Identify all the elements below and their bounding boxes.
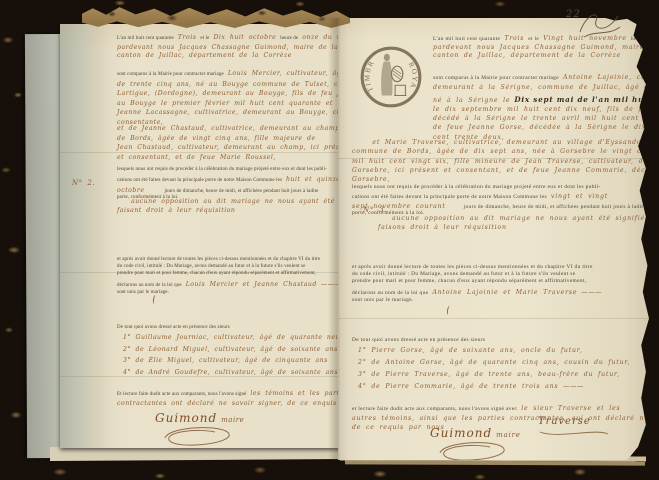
printed-segment: Et lecture faite dudit acte aux comparan…: [117, 392, 246, 397]
printed-segment: sont comparus à la Mairie pour contracte…: [433, 75, 559, 81]
text-line: cations ont été faites devant la princip…: [117, 174, 342, 185]
witness-item: 3° de Élie Miguel, cultivateur, âgé de c…: [123, 355, 342, 367]
witnesses-paragraph: De tout quoi avons dressé acte en présen…: [352, 336, 649, 393]
text-line: au Bouyge le premier février mil huit ce…: [117, 99, 342, 109]
witness-item: 3° de Pierre Traverse, âgé de trente ans…: [358, 369, 649, 381]
text-line: de Bords, âgée de vingt cinq ans, fille …: [117, 134, 342, 144]
comparution-intro: sont comparus à la Mairie pour contracte…: [117, 66, 342, 80]
corrected-line: né à la Sérigne le Dix sept mai de l'an …: [433, 93, 649, 105]
witnesses-paragraph: De tout quoi avons dressé acte en présen…: [117, 324, 342, 378]
witness-item: 4° de Pierre Commarie, âgé de trente tro…: [358, 381, 649, 393]
royal-stamp: TIMBRE ROYAL: [356, 42, 426, 112]
text-line: du code civil, intitulé : Du Mariage, av…: [117, 263, 342, 270]
text-line: lesquels nous ont requis de procéder à l…: [117, 167, 342, 174]
text-line: faisant droit à leur réquisition: [117, 206, 342, 215]
printed-segment: cations ont été faites devant la princip…: [117, 178, 282, 183]
text-line: aucune opposition au dit mariage ne nous…: [392, 214, 648, 223]
closing-paragraph: Et lecture faite dudit acte aux comparan…: [117, 386, 342, 408]
no-opposition-note: aucune opposition au dit mariage ne nous…: [378, 214, 648, 232]
opening-formula: L'an mil huit cent quarante Trois et le …: [117, 31, 342, 61]
text-line: de feue Jeanne Gorse, décédée à la Sérig…: [433, 123, 649, 132]
text-line: et consentant, et de feue Marie Roussel,: [117, 153, 342, 163]
handwritten-segment: ———: [581, 289, 602, 296]
folio-number: 22: [566, 4, 636, 48]
page-crease: [338, 318, 649, 319]
handwritten-segment: vingt et vingt: [551, 193, 608, 200]
page-stack-edge: [345, 460, 645, 465]
signature-mayor: Guimond maire: [155, 409, 251, 448]
signature-mayor: Guimond maire: [430, 424, 526, 460]
witness-item: 4° de André Goudefre, cultivateur, âgé d…: [123, 367, 342, 379]
handwritten-segment: né à la Sérigne le: [433, 97, 510, 104]
handwritten-segment: Louis Mercier, cultivateur, âgé: [228, 70, 342, 77]
officiant-line: pardevant nous Jacques Chassagne Guimond…: [117, 44, 342, 53]
text-line: prendre pour mari et pour femme, chacun …: [352, 278, 649, 285]
handwritten-segment: les témoins et les parties: [250, 390, 342, 397]
text-line: mil huit cent vingt six, fille mineure d…: [352, 157, 649, 166]
text-line: Jeanne Lacassagne, cultivatrice, demeura…: [117, 108, 342, 118]
text-line: contractantes ont déclaré ne savoir sign…: [117, 399, 342, 408]
text-line: Et lecture faite dudit acte aux comparan…: [117, 386, 342, 399]
ink-mark: [446, 306, 451, 316]
printed-segment: et le: [528, 36, 539, 42]
handwritten-segment: ———: [321, 281, 341, 288]
printed-segment: et le: [200, 36, 209, 41]
witness-item: 2° de Léonard Miguel, cultivateur, âgé d…: [123, 344, 342, 356]
text-line: sont unis par le mariage.: [117, 289, 342, 296]
signature-flourish: [538, 426, 612, 440]
signature-name: Guimond: [430, 426, 492, 440]
printed-segment: déclarons au nom de la loi que: [117, 283, 182, 288]
right-register-page: N° 3. TIMBRE ROYAL L'an mil huit cent qu…: [338, 18, 649, 460]
printed-segment: sont comparus à la Mairie pour contracte…: [117, 72, 224, 77]
publications-paragraph: lesquels nous ont requis de procéder à l…: [352, 184, 649, 217]
text-line: et de Jeanne Chastaud, cultivatrice, dem…: [117, 124, 342, 134]
signature-name: Guimond: [155, 411, 217, 425]
text-line: octobre jours de dimanche, heure de midi…: [117, 185, 342, 196]
witness-item: 1° Pierre Gorse, âgé de soixante ans, on…: [358, 345, 649, 357]
witnesses-intro: De tout quoi avons dressé acte en présen…: [117, 324, 342, 332]
spouses-names-line: déclarons au nom de la loi que Antoine L…: [352, 286, 649, 297]
handwritten-segment: huit et quinze: [286, 176, 340, 183]
text-line: Jean Chastaud, cultivateur, demeurant au…: [117, 143, 342, 153]
text-line: prendre pour mari et pour femme, chacun …: [117, 270, 342, 277]
printed-segment: jours de dimanche, heure de midi, et aff…: [164, 189, 318, 194]
text-line: et Marie Traverse, cultivatrice, demeura…: [352, 138, 649, 147]
text-line: aucune opposition au dit mariage ne nous…: [131, 197, 342, 206]
svg-text:TIMBRE: TIMBRE: [356, 42, 376, 93]
handwritten-segment: Antoine Lajoinie et Marie Traverse: [432, 289, 577, 296]
declaration-paragraph: et après avoir donné lecture de toutes l…: [117, 256, 342, 296]
signature-flourish: [155, 424, 251, 448]
spouses-names-line: déclarons au nom de la loi que Louis Mer…: [117, 278, 342, 289]
ink-mark: [152, 295, 157, 305]
printed-segment: heure de: [280, 36, 298, 41]
printed-segment: L'an mil huit cent quarante: [433, 36, 500, 42]
register-scan: { "folio_number": "22", "stamp": { "left…: [0, 0, 659, 480]
district-line: canton de Juillac, département de la Cor…: [117, 52, 342, 61]
signature-title: maire: [496, 431, 521, 439]
text-line: le dix septembre mil huit cent dix neuf,…: [433, 105, 649, 114]
bride-paragraph: et de Jeanne Chastaud, cultivatrice, dem…: [117, 124, 342, 162]
district-line: canton de Juillac, département de la Cor…: [433, 52, 649, 61]
handwritten-segment: Antoine Lajoinie, cultivateur,: [563, 74, 649, 81]
text-line: sept novembre courant jours de dimanche,…: [352, 201, 649, 211]
handwritten-segment: Louis Mercier et Jeanne Chastaud: [186, 281, 317, 288]
printed-segment: et lecture faite dudit acte aux comparan…: [352, 406, 517, 412]
text-line: sont unis par le mariage.: [352, 297, 649, 304]
witness-item: 2° de Antoine Gorse, âgé de quarante cin…: [358, 357, 649, 369]
overwritten-segment: Dix sept mai de l'an mil huit cent dix n…: [514, 95, 649, 104]
left-register-page: N° 2. L'an mil huit cent quarante Trois …: [60, 24, 342, 448]
handwritten-segment: sept novembre courant: [352, 203, 446, 210]
stamp-text-left: TIMBRE: [356, 42, 376, 93]
witnesses-intro: De tout quoi avons dressé acte en présen…: [352, 336, 649, 345]
signature-witness: Traverse: [538, 411, 612, 440]
text-line: Lartigue, (Dordogne), demeurant au Bouyg…: [117, 89, 342, 99]
text-line: Gorsebre, ici présent et consentant, et …: [352, 166, 649, 175]
signature-flourish: [430, 439, 526, 460]
text-line: faisons droit à leur réquisition: [378, 223, 648, 232]
handwritten-segment: Dix huit octobre: [213, 34, 276, 41]
printed-segment: L'an mil huit cent quarante: [117, 36, 174, 41]
handwritten-segment: Trois: [504, 35, 524, 42]
text-line: et après avoir donné lecture de toutes l…: [117, 256, 342, 263]
text-line: demeurant à la Sérigne, commune de Juill…: [433, 83, 649, 92]
printed-segment: jours de dimanche, heure de midi, et aff…: [464, 204, 646, 210]
date-line: L'an mil huit cent quarante Trois et le …: [117, 31, 342, 44]
paraph-flourish: [576, 8, 622, 40]
text-line: de trente cinq ans, né au Bouyge commune…: [117, 80, 342, 90]
text-line: commune de Bords, âgée de dix sept ans, …: [352, 147, 649, 156]
handwritten-segment: onze du matin: [302, 34, 342, 41]
text-line: cations ont été faites devant la princip…: [352, 191, 649, 201]
act-number-note: N° 2.: [72, 179, 95, 187]
signature-title: maire: [221, 416, 244, 424]
no-opposition-note: aucune opposition au dit mariage ne nous…: [117, 197, 342, 215]
comparution-intro: sont comparus à la Mairie pour contracte…: [433, 70, 649, 83]
groom-paragraph: sont comparus à la Mairie pour contracte…: [433, 70, 649, 142]
signature-name: Traverse: [538, 416, 591, 427]
text-line: décédé à la Sérigne le trente avril mil …: [433, 114, 649, 123]
handwritten-segment: octobre: [117, 187, 144, 194]
handwritten-segment: Trois: [178, 34, 196, 41]
witness-item: 1° Guillaume Journiac, cultivateur, âgé …: [123, 332, 342, 344]
printed-segment: déclarons au nom de la loi que: [352, 290, 428, 296]
declaration-paragraph: et après avoir donné lecture de toutes l…: [352, 264, 649, 304]
groom-paragraph: sont comparus à la Mairie pour contracte…: [117, 66, 342, 127]
bride-paragraph: et Marie Traverse, cultivatrice, demeura…: [352, 138, 649, 184]
text-line: lesquels nous ont requis de procéder à l…: [352, 184, 649, 191]
